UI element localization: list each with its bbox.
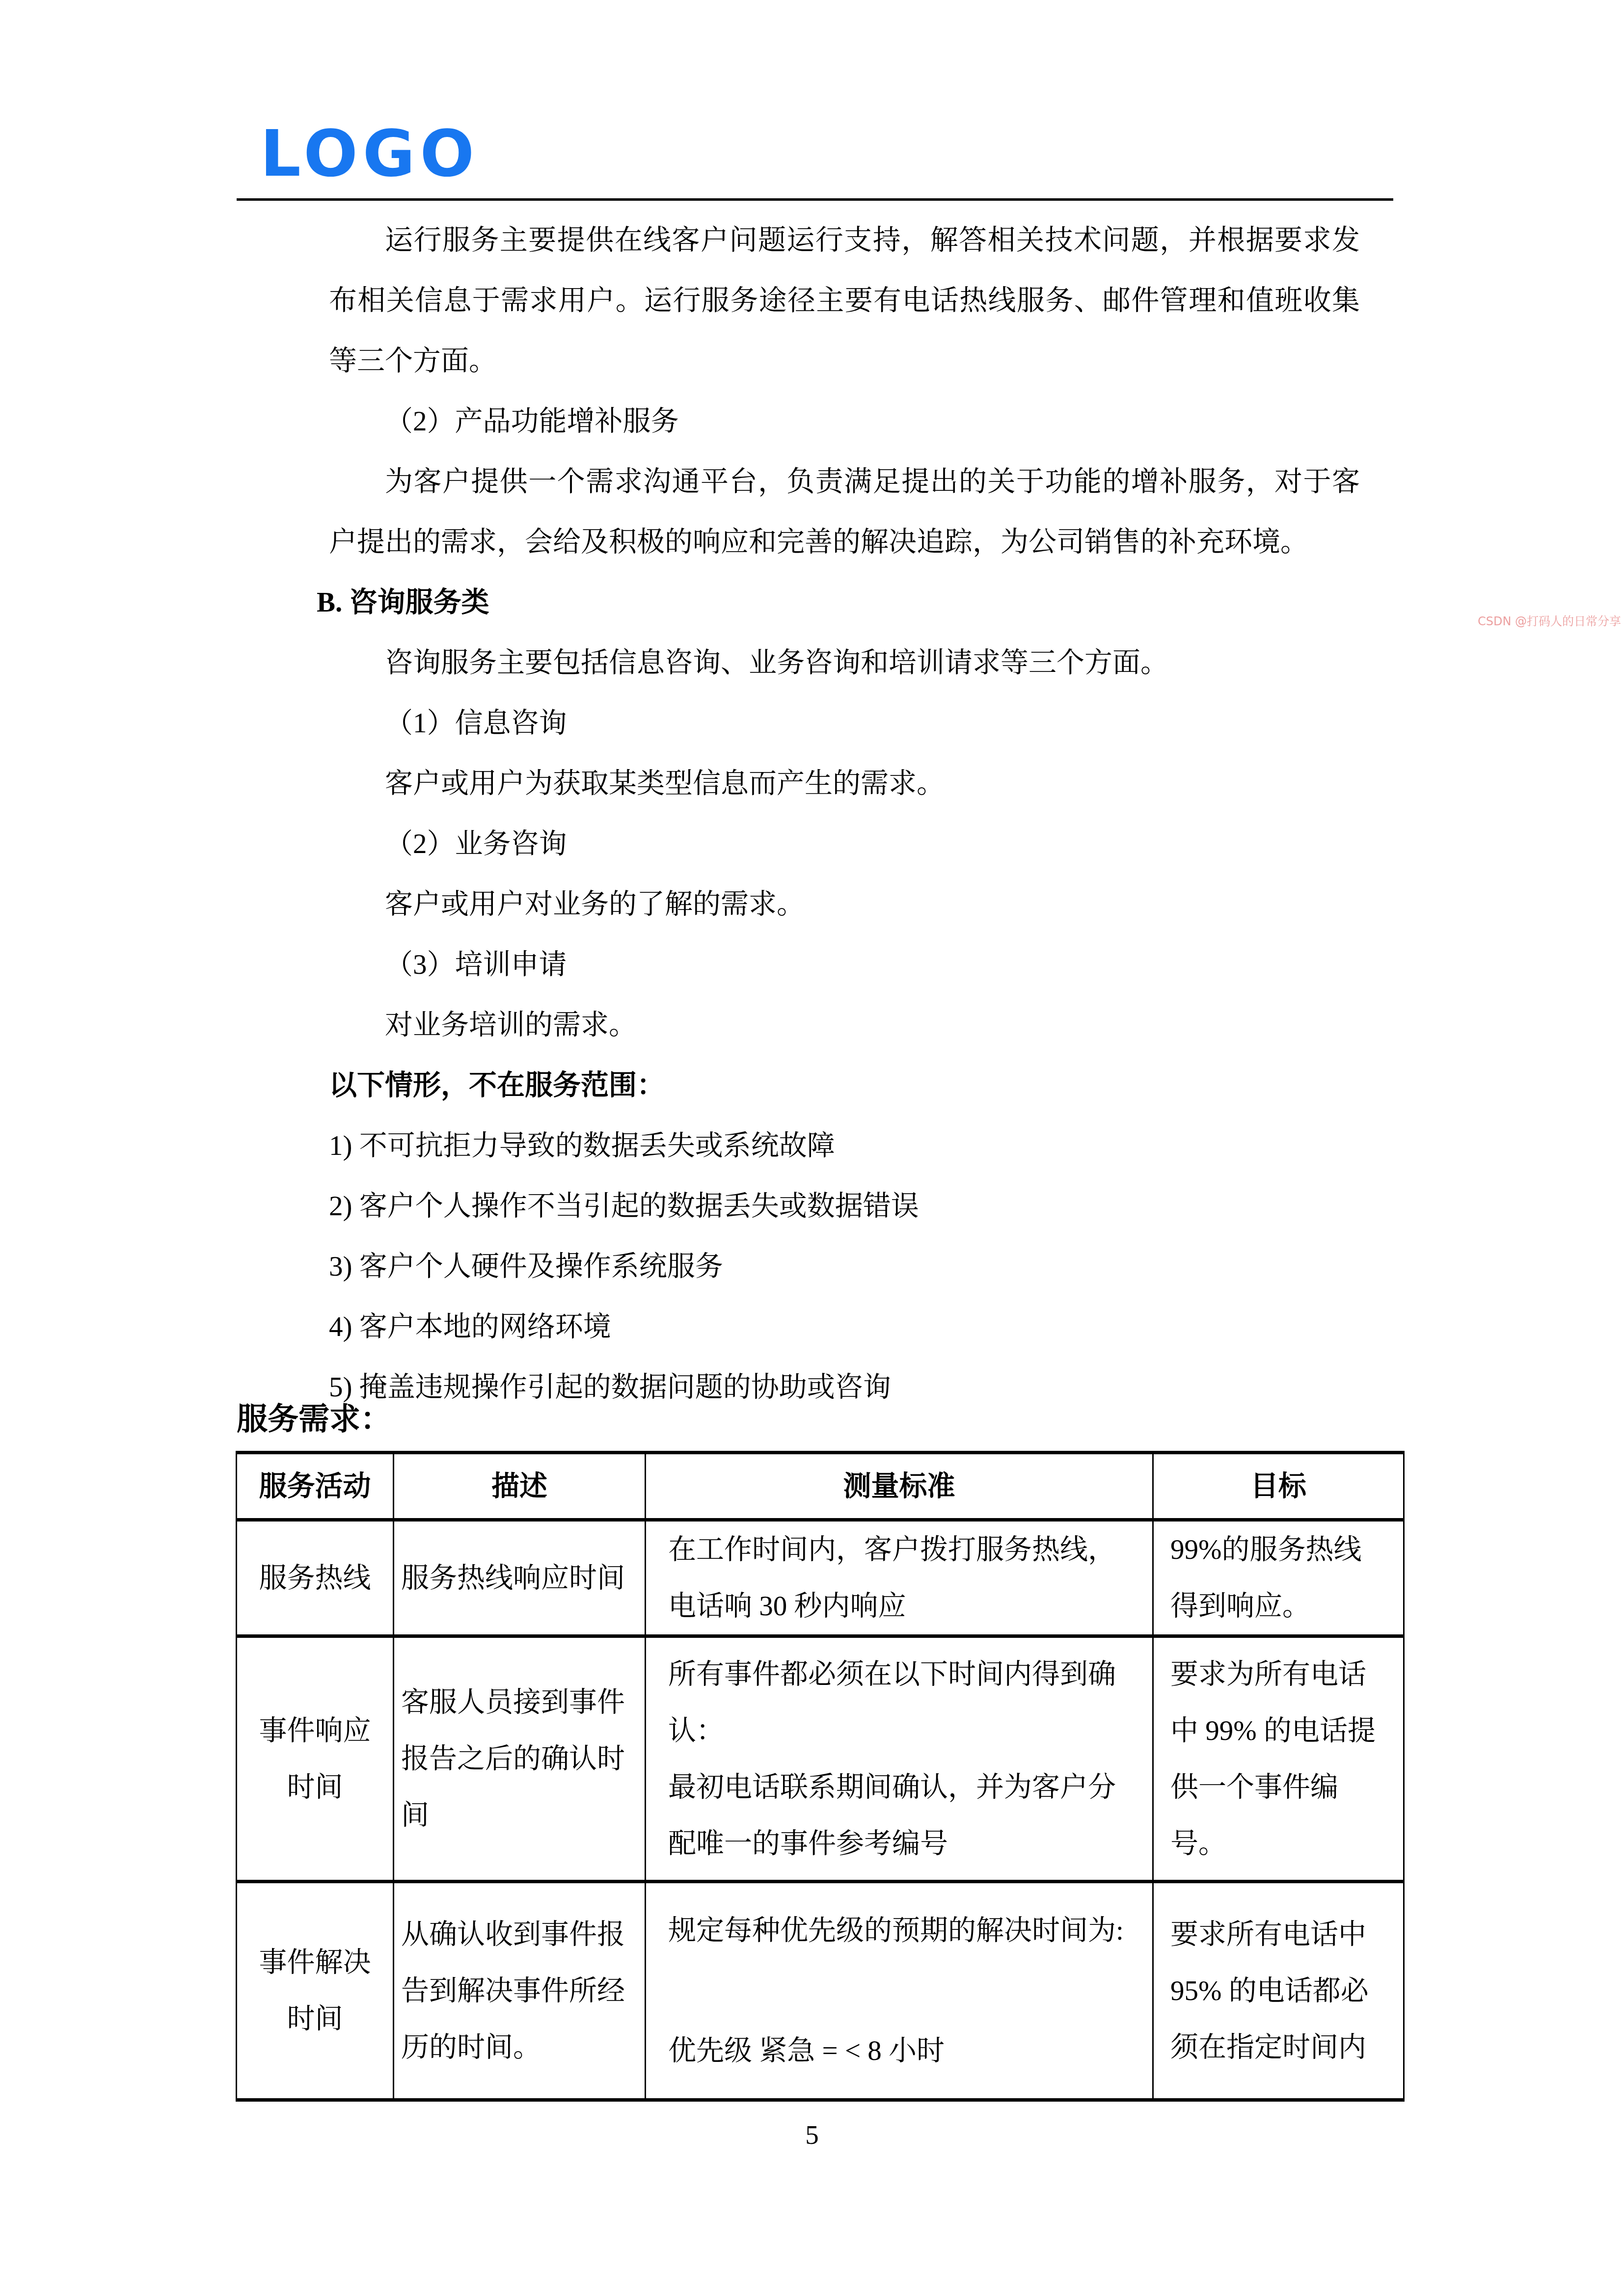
consult-item-title: （2）业务咨询 (329, 814, 1360, 874)
consult-item-desc: 客户或用户对业务的了解的需求。 (329, 874, 1360, 934)
exclusion-heading: 以下情形，不在服务范围： (329, 1055, 1360, 1116)
cell-target: 要求为所有电话中 99% 的电话提供一个事件编号。 (1153, 1636, 1404, 1882)
standard-paragraph: 在工作时间内，客户拨打服务热线，电话响 30 秒内响应 (668, 1522, 1137, 1634)
consult-item-desc: 客户或用户为获取某类型信息而产生的需求。 (329, 753, 1360, 814)
header-divider (237, 198, 1393, 201)
standard-paragraph: 规定每种优先级的预期的解决时间为: (668, 1902, 1137, 1959)
exclusion-item: 4) 客户本地的网络环境 (329, 1297, 1360, 1357)
document-page: LOGO 运行服务主要提供在线客户问题运行支持，解答相关技术问题，并根据要求发布… (0, 0, 1624, 2296)
column-header-activity: 服务活动 (237, 1453, 394, 1520)
body-text: 运行服务主要提供在线客户问题运行支持，解答相关技术问题，并根据要求发布相关信息于… (329, 210, 1360, 1417)
cell-description: 客服人员接到事件报告之后的确认时间 (394, 1636, 646, 1882)
item-product-supplement-title: （2）产品功能增补服务 (329, 391, 1360, 452)
table-row: 事件解决时间 从确认收到事件报告到解决事件所经历的时间。 规定每种优先级的预期的… (237, 1882, 1404, 2100)
standard-paragraph: 优先级 紧急 = < 8 小时 (668, 2023, 1137, 2079)
cell-target: 要求所有电话中 95% 的电话都必须在指定时间内 (1153, 1882, 1404, 2100)
consult-item-title: （1）信息咨询 (329, 693, 1360, 753)
table-row: 事件响应时间 客服人员接到事件报告之后的确认时间 所有事件都必须在以下时间内得到… (237, 1636, 1404, 1882)
page-number: 5 (0, 2119, 1624, 2150)
table-header-row: 服务活动 描述 测量标准 目标 (237, 1453, 1404, 1520)
paragraph-product-supplement: 为客户提供一个需求沟通平台，负责满足提出的关于功能的增补服务，对于客户提出的需求… (329, 452, 1360, 572)
consult-item-title: （3）培训申请 (329, 934, 1360, 995)
column-header-target: 目标 (1153, 1453, 1404, 1520)
csdn-watermark: CSDN @打码人的日常分享 (1478, 612, 1621, 629)
service-requirements-table: 服务活动 描述 测量标准 目标 服务热线 服务热线响应时间 在工作时间内，客户拨… (236, 1451, 1405, 2102)
company-logo: LOGO (260, 122, 479, 186)
exclusion-item: 1) 不可抗拒力导致的数据丢失或系统故障 (329, 1116, 1360, 1176)
paragraph-consult-overview: 咨询服务主要包括信息咨询、业务咨询和培训请求等三个方面。 (329, 633, 1360, 693)
consult-item-desc: 对业务培训的需求。 (329, 995, 1360, 1055)
cell-standard: 所有事件都必须在以下时间内得到确认： 最初电话联系期间确认，并为客户分配唯一的事… (646, 1636, 1153, 1882)
cell-description: 从确认收到事件报告到解决事件所经历的时间。 (394, 1882, 646, 2100)
table-row: 服务热线 服务热线响应时间 在工作时间内，客户拨打服务热线，电话响 30 秒内响… (237, 1520, 1404, 1636)
cell-activity: 事件响应时间 (237, 1636, 394, 1882)
standard-paragraph: 所有事件都必须在以下时间内得到确认： (668, 1646, 1137, 1759)
column-header-standard: 测量标准 (646, 1453, 1153, 1520)
cell-activity: 服务热线 (237, 1520, 394, 1636)
standard-paragraph: 最初电话联系期间确认，并为客户分配唯一的事件参考编号 (668, 1759, 1137, 1872)
section-b-heading: B. 咨询服务类 (317, 572, 1360, 633)
service-requirements-heading: 服务需求： (237, 1397, 391, 1441)
exclusion-item: 2) 客户个人操作不当引起的数据丢失或数据错误 (329, 1176, 1360, 1236)
exclusion-item: 3) 客户个人硬件及操作系统服务 (329, 1236, 1360, 1297)
column-header-description: 描述 (394, 1453, 646, 1520)
exclusion-item: 5) 掩盖违规操作引起的数据问题的协助或咨询 (329, 1357, 1360, 1417)
cell-standard: 在工作时间内，客户拨打服务热线，电话响 30 秒内响应 (646, 1520, 1153, 1636)
cell-target: 99%的服务热线得到响应。 (1153, 1520, 1404, 1636)
cell-description: 服务热线响应时间 (394, 1520, 646, 1636)
cell-activity: 事件解决时间 (237, 1882, 394, 2100)
cell-standard: 规定每种优先级的预期的解决时间为: 优先级 紧急 = < 8 小时 (646, 1882, 1153, 2100)
paragraph-operation-service: 运行服务主要提供在线客户问题运行支持，解答相关技术问题，并根据要求发布相关信息于… (329, 210, 1360, 391)
